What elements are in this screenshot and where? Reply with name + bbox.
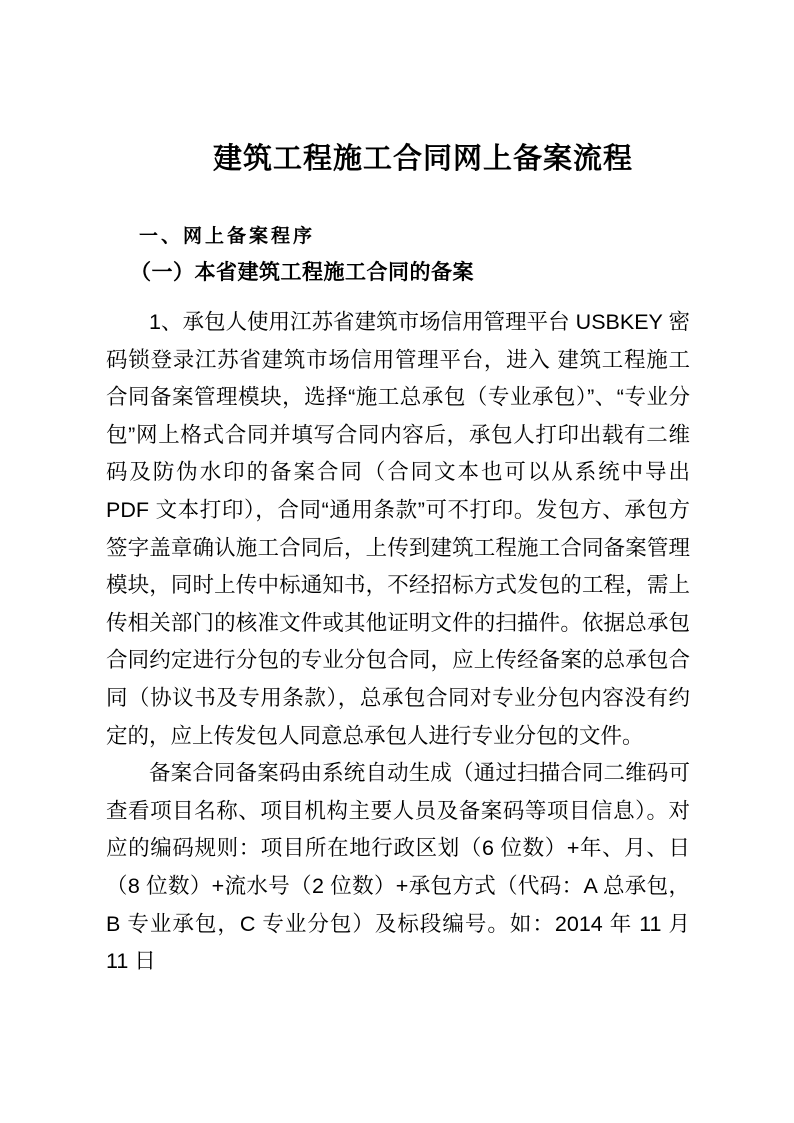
subsection-heading: （一）本省建筑工程施工合同的备案 (0, 250, 794, 288)
document-page: 建筑工程施工合同网上备案流程 一、网上备案程序 （一）本省建筑工程施工合同的备案… (0, 0, 794, 1123)
body-paragraphs: 1、承包人使用江苏省建筑市场信用管理平台 USBKEY 密码锁登录江苏省建筑市场… (106, 304, 690, 981)
section-heading: 一、网上备案程序 (0, 180, 794, 250)
document-title: 建筑工程施工合同网上备案流程 (0, 0, 794, 180)
paragraph: 1、承包人使用江苏省建筑市场信用管理平台 USBKEY 密码锁登录江苏省建筑市场… (106, 304, 690, 755)
paragraph: 备案合同备案码由系统自动生成（通过扫描合同二维码可查看项目名称、项目机构主要人员… (106, 755, 690, 981)
